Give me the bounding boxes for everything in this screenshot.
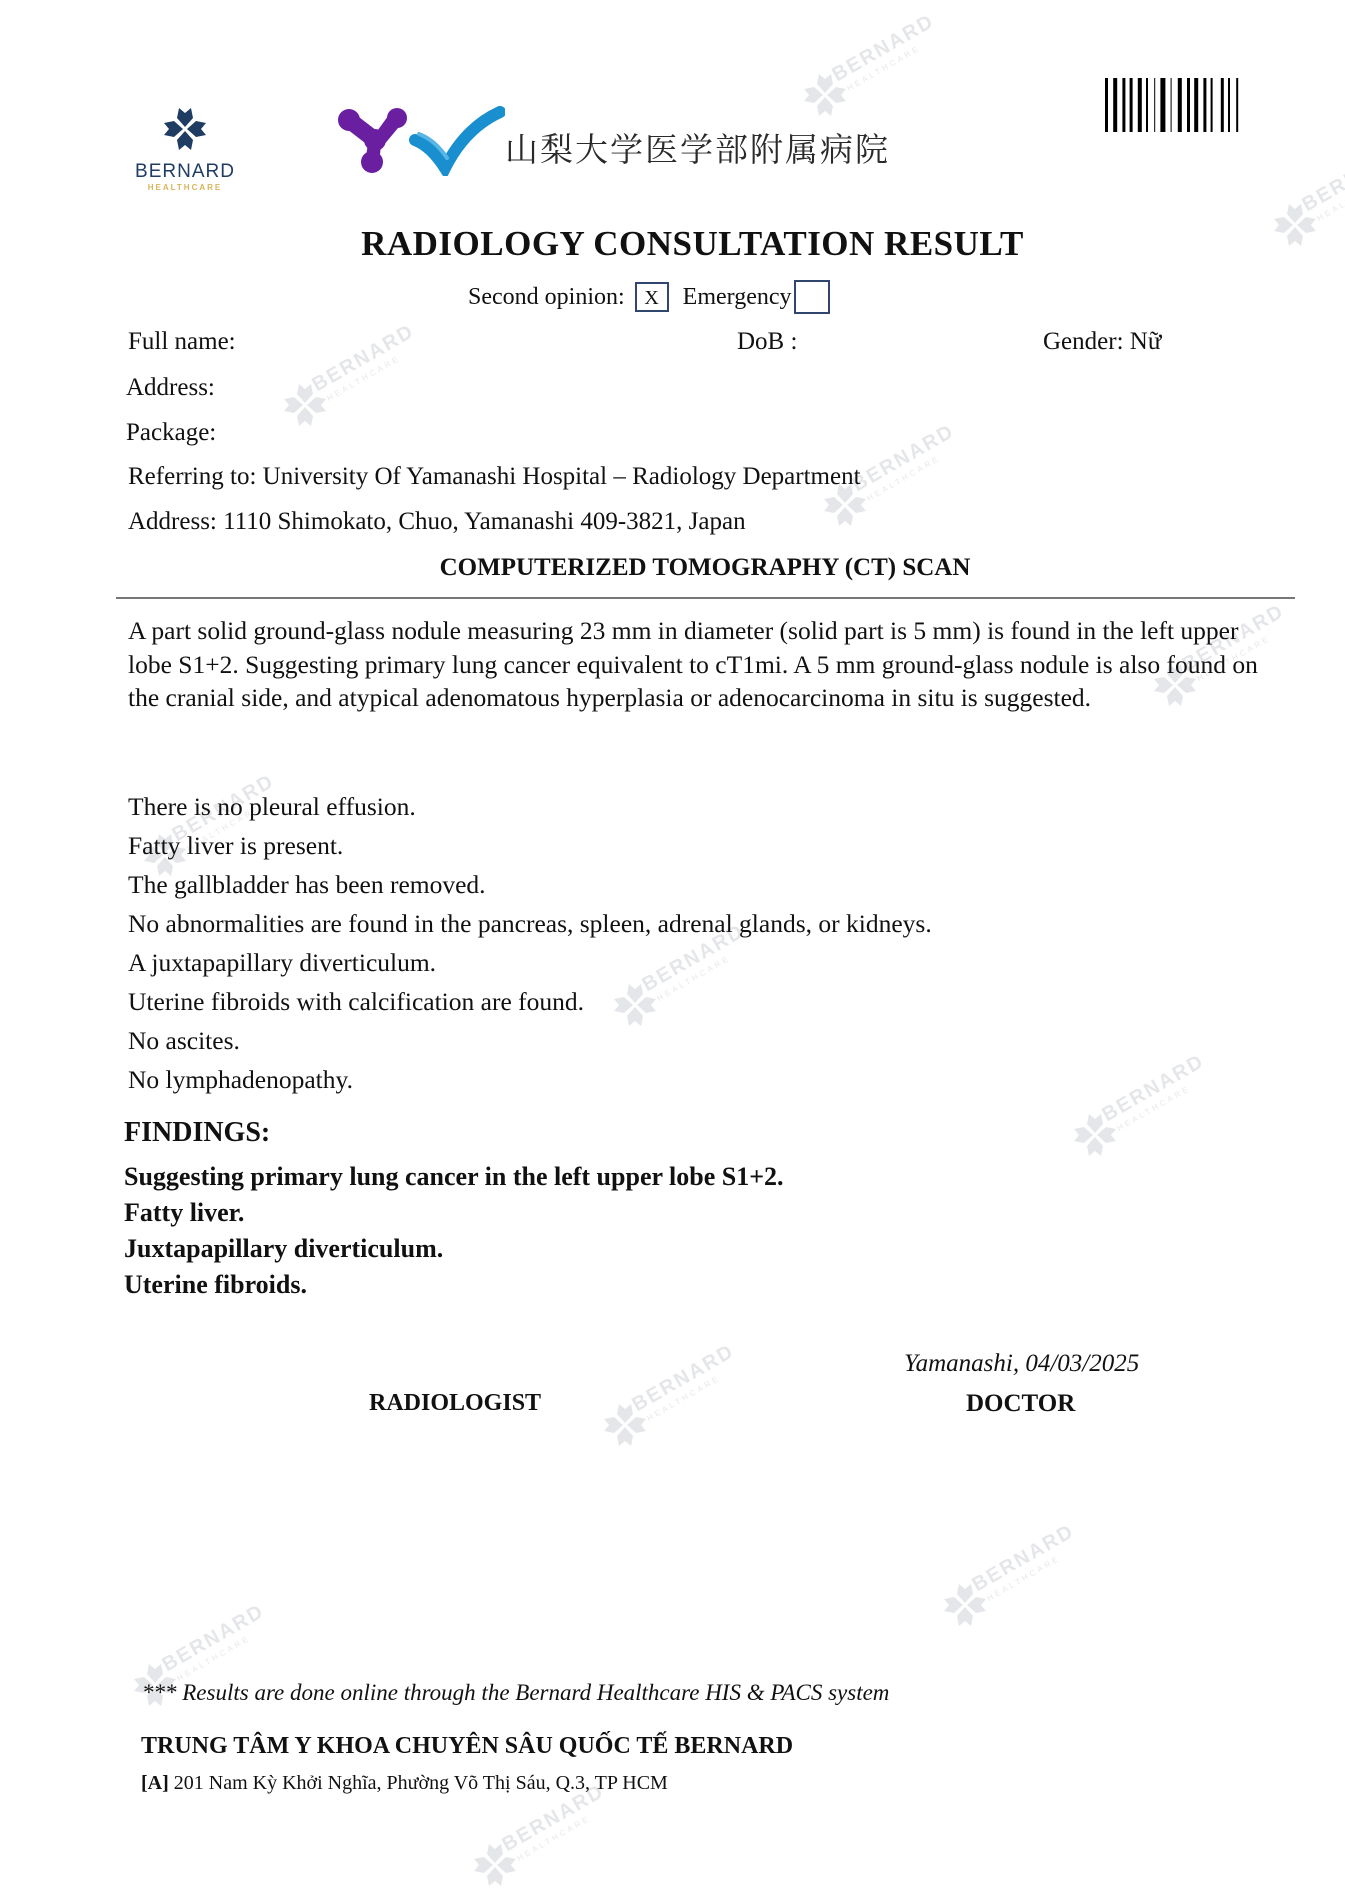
second-opinion-checkbox[interactable]: X bbox=[635, 282, 669, 312]
barcode-icon bbox=[1105, 78, 1288, 132]
request-options: Second opinion: X Emergency bbox=[468, 280, 830, 314]
address-text: 201 Nam Kỳ Khởi Nghĩa, Phường Võ Thị Sáu… bbox=[169, 1772, 668, 1794]
address-label: Address: bbox=[126, 375, 215, 400]
bernard-brand-subtitle: HEALTHCARE bbox=[125, 183, 245, 192]
bernard-flower-icon bbox=[600, 1400, 650, 1450]
doctor-signature-label: DOCTOR bbox=[966, 1390, 1075, 1418]
observation-item: The gallbladder has been removed. bbox=[128, 868, 932, 907]
hospital-name: 山梨大学医学部附属病院 bbox=[505, 124, 890, 171]
second-opinion-label: Second opinion: bbox=[468, 284, 625, 311]
observations-list: There is no pleural effusion.Fatty liver… bbox=[128, 790, 932, 1102]
finding-item: Fatty liver. bbox=[124, 1196, 784, 1232]
footer-note: *** Results are done online through the … bbox=[142, 1680, 889, 1706]
full-name-label: Full name: bbox=[128, 329, 236, 354]
address-tag: [A] bbox=[141, 1772, 169, 1794]
findings-list: Suggesting primary lung cancer in the le… bbox=[124, 1160, 784, 1304]
gender-value: Nữ bbox=[1130, 328, 1162, 355]
dob-label: DoB : bbox=[737, 329, 797, 354]
finding-item: Uterine fibroids. bbox=[124, 1268, 784, 1304]
bernard-flower-icon bbox=[940, 1580, 990, 1630]
section-title: COMPUTERIZED TOMOGRAPHY (CT) SCAN bbox=[0, 554, 1345, 582]
center-name: TRUNG TÂM Y KHOA CHUYÊN SÂU QUỐC TẾ BERN… bbox=[141, 1733, 793, 1760]
gender-label: Gender: bbox=[1043, 328, 1124, 355]
document-title: RADIOLOGY CONSULTATION RESULT bbox=[0, 224, 1345, 264]
watermark: BERNARDHEALTHCARE bbox=[280, 380, 330, 435]
watermark: BERNARDHEALTHCARE bbox=[600, 1400, 650, 1455]
bernard-flower-icon bbox=[470, 1840, 520, 1890]
finding-item: Juxtapapillary diverticulum. bbox=[124, 1232, 784, 1268]
emergency-label: Emergency bbox=[683, 284, 792, 311]
observation-item: Uterine fibroids with calcification are … bbox=[128, 985, 932, 1024]
watermark: BERNARDHEALTHCARE bbox=[1070, 1110, 1120, 1165]
bernard-brand-name: BERNARD bbox=[125, 161, 245, 183]
ct-description: A part solid ground-glass nodule measuri… bbox=[128, 614, 1268, 715]
bernard-healthcare-logo: BERNARD HEALTHCARE bbox=[125, 104, 245, 192]
center-address: [A] 201 Nam Kỳ Khởi Nghĩa, Phường Võ Thị… bbox=[141, 1772, 668, 1795]
finding-item: Suggesting primary lung cancer in the le… bbox=[124, 1160, 784, 1196]
observation-item: There is no pleural effusion. bbox=[128, 790, 932, 829]
bernard-flower-icon bbox=[160, 104, 210, 154]
emergency-checkbox[interactable] bbox=[794, 280, 830, 314]
observation-item: Fatty liver is present. bbox=[128, 829, 932, 868]
yamanashi-university-logo-icon bbox=[335, 106, 505, 176]
package-label: Package: bbox=[126, 420, 216, 445]
watermark: BERNARDHEALTHCARE bbox=[940, 1580, 990, 1635]
observation-item: No lymphadenopathy. bbox=[128, 1063, 932, 1102]
bernard-flower-icon bbox=[1070, 1110, 1120, 1160]
radiologist-signature-label: RADIOLOGIST bbox=[369, 1390, 541, 1417]
referring-to: Referring to: University Of Yamanashi Ho… bbox=[128, 464, 861, 489]
place-date: Yamanashi, 04/03/2025 bbox=[904, 1350, 1139, 1378]
observation-item: No ascites. bbox=[128, 1024, 932, 1063]
watermark: BERNARDHEALTHCARE bbox=[470, 1840, 520, 1895]
findings-heading: FINDINGS: bbox=[124, 1117, 270, 1149]
bernard-flower-icon bbox=[800, 70, 850, 120]
referring-address: Address: 1110 Shimokato, Chuo, Yamanashi… bbox=[128, 509, 746, 534]
observation-item: No abnormalities are found in the pancre… bbox=[128, 907, 932, 946]
watermark: BERNARDHEALTHCARE bbox=[800, 70, 850, 125]
bernard-flower-icon bbox=[280, 380, 330, 430]
divider bbox=[116, 597, 1295, 599]
gender-field: Gender: Nữ bbox=[1043, 329, 1161, 354]
observation-item: A juxtapapillary diverticulum. bbox=[128, 946, 932, 985]
